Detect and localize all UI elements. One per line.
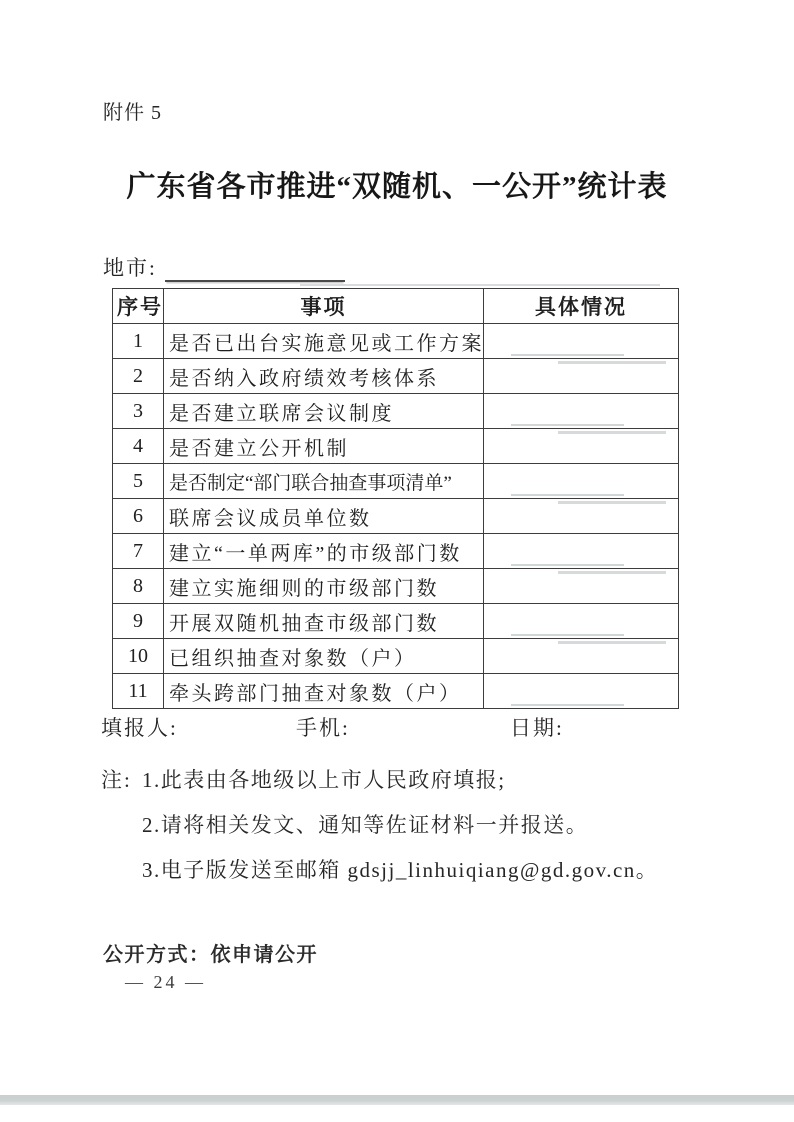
table-row: 5 是否制定“部门联合抽查事项清单”	[113, 464, 679, 499]
row-item: 牵头跨部门抽查对象数（户）	[164, 674, 484, 709]
row-detail-blank	[484, 639, 679, 674]
row-no: 6	[113, 499, 164, 534]
row-detail-blank	[484, 324, 679, 359]
page-number: — 24 —	[125, 972, 206, 993]
note-text: 3.电子版发送至邮箱 gdsjj_linhuiqiang@gd.gov.cn。	[142, 858, 658, 882]
disclosure-method: 公开方式：依申请公开	[103, 938, 318, 967]
table-row: 11 牵头跨部门抽查对象数（户）	[113, 674, 679, 709]
row-item: 联席会议成员单位数	[164, 499, 484, 534]
header-no: 序号	[113, 289, 164, 324]
row-item: 是否纳入政府绩效考核体系	[164, 359, 484, 394]
attachment-label: 附件 5	[103, 96, 162, 125]
table-row: 7 建立“一单两库”的市级部门数	[113, 534, 679, 569]
row-detail-blank	[484, 359, 679, 394]
city-field-label: 地市:	[103, 256, 157, 280]
row-item: 建立实施细则的市级部门数	[164, 569, 484, 604]
document-title: 广东省各市推进“双随机、一公开”统计表	[0, 164, 794, 205]
row-no: 9	[113, 604, 164, 639]
row-no: 1	[113, 324, 164, 359]
table-row: 8 建立实施细则的市级部门数	[113, 569, 679, 604]
row-no: 7	[113, 534, 164, 569]
row-detail-blank	[484, 429, 679, 464]
note-text: 1.此表由各地级以上市人民政府填报;	[142, 768, 506, 792]
date-label: 日期:	[510, 712, 564, 742]
row-no: 10	[113, 639, 164, 674]
note-line-1: 注:1.此表由各地级以上市人民政府填报;	[101, 758, 658, 803]
row-item: 是否建立公开机制	[164, 429, 484, 464]
table-row: 10 已组织抽查对象数（户）	[113, 639, 679, 674]
row-item: 是否已出台实施意见或工作方案	[164, 324, 484, 359]
note-text: 2.请将相关发文、通知等佐证材料一并报送。	[142, 813, 588, 837]
row-no: 5	[113, 464, 164, 499]
row-detail-blank	[484, 464, 679, 499]
header-detail: 具体情况	[484, 289, 679, 324]
note-line-2: 2.请将相关发文、通知等佐证材料一并报送。	[101, 803, 658, 848]
row-detail-blank	[484, 604, 679, 639]
statistics-table: 序号 事项 具体情况 1 是否已出台实施意见或工作方案 2 是否纳入政府绩效考核…	[112, 288, 679, 709]
notes-block: 注:1.此表由各地级以上市人民政府填报; 2.请将相关发文、通知等佐证材料一并报…	[101, 758, 658, 893]
row-no: 11	[113, 674, 164, 709]
row-item: 建立“一单两库”的市级部门数	[164, 534, 484, 569]
row-item: 是否制定“部门联合抽查事项清单”	[164, 464, 484, 499]
table-row: 3 是否建立联席会议制度	[113, 394, 679, 429]
table-row: 2 是否纳入政府绩效考核体系	[113, 359, 679, 394]
table-row: 4 是否建立公开机制	[113, 429, 679, 464]
city-field-blank	[165, 258, 345, 282]
table-row: 1 是否已出台实施意见或工作方案	[113, 324, 679, 359]
scan-page-edge	[0, 1095, 794, 1105]
table-row: 9 开展双随机抽查市级部门数	[113, 604, 679, 639]
mobile-label: 手机:	[296, 712, 350, 742]
scanned-document-page: 附件 5 广东省各市推进“双随机、一公开”统计表 地市: 序号 事项 具体情况 …	[0, 0, 794, 1122]
note-line-3: 3.电子版发送至邮箱 gdsjj_linhuiqiang@gd.gov.cn。	[101, 848, 658, 893]
row-detail-blank	[484, 394, 679, 429]
row-item: 已组织抽查对象数（户）	[164, 639, 484, 674]
row-detail-blank	[484, 569, 679, 604]
row-item: 是否建立联席会议制度	[164, 394, 484, 429]
city-field: 地市:	[103, 252, 345, 282]
row-no: 4	[113, 429, 164, 464]
reporter-label: 填报人:	[101, 712, 178, 742]
row-no: 8	[113, 569, 164, 604]
row-detail-blank	[484, 499, 679, 534]
scan-artifact	[300, 284, 660, 286]
row-no: 2	[113, 359, 164, 394]
row-item: 开展双随机抽查市级部门数	[164, 604, 484, 639]
notes-prefix: 注:	[101, 758, 142, 803]
row-detail-blank	[484, 534, 679, 569]
table-row: 6 联席会议成员单位数	[113, 499, 679, 534]
header-item: 事项	[164, 289, 484, 324]
table-header-row: 序号 事项 具体情况	[113, 289, 679, 324]
row-no: 3	[113, 394, 164, 429]
row-detail-blank	[484, 674, 679, 709]
